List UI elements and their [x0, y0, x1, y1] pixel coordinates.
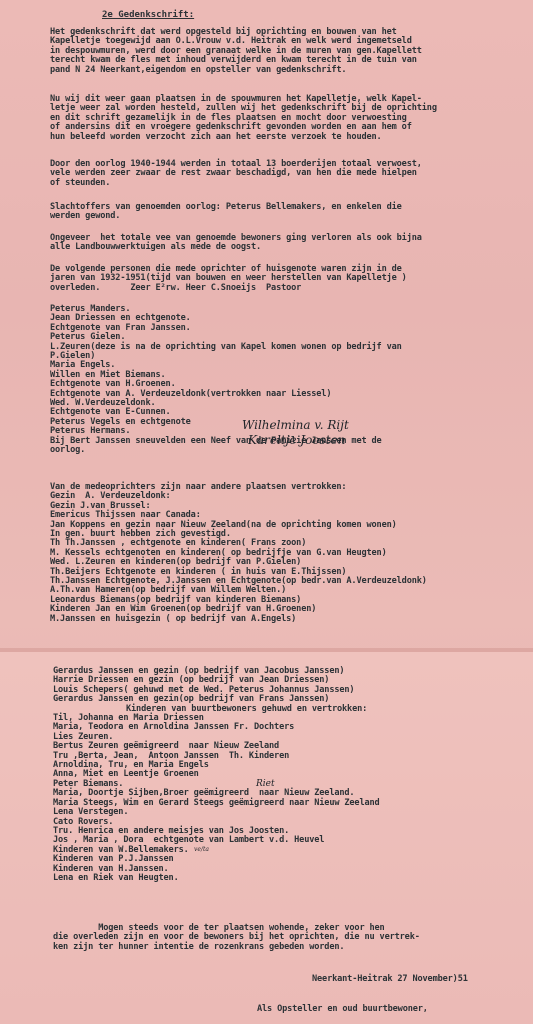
document-title: 2e Gedenkschrift: — [102, 10, 194, 20]
list-item: oorlog. — [50, 446, 402, 455]
closing-paragraph: Mogen steeds voor de ter plaatsen wohend… — [53, 924, 420, 952]
paragraph-1: Het gedenkschrift dat werd opgesteld bij… — [50, 28, 422, 75]
moved-section: Van de medeoprichters zijn naar andere p… — [50, 483, 427, 624]
paragraph-2: Nu wij dit weer gaan plaatsen in de spou… — [50, 95, 437, 142]
paragraph-4: Slachtoffers van genoemden oorlog: Peter… — [50, 203, 402, 222]
list-item: Lena en Riek van Heugten. — [53, 874, 380, 883]
handwritten-name-1: Wilhelmina v. Rijt — [242, 418, 349, 432]
handwritten-name-2: Kareltje Joosten — [248, 433, 345, 447]
text-line: alle Landbouwwerktuigen als mede de oogs… — [50, 243, 422, 252]
text-line: pand N 24 Neerkant,eigendom en opsteller… — [50, 66, 422, 75]
text-line: of steunden. — [50, 179, 422, 188]
text-line: ken zijn ter hunner intentie de rozenkra… — [53, 943, 420, 952]
document-page: 2e Gedenkschrift: Het gedenkschrift dat … — [0, 0, 533, 1024]
text-line: overleden. Zeer E²rw. Heer C.Snoeijs Pas… — [50, 284, 407, 293]
handwritten-correction-riet: Riet — [256, 779, 275, 789]
paragraph-5: Ongeveer het totale vee van genoemde bew… — [50, 234, 422, 253]
signature-line: Als Opsteller en oud buurtbewoner, — [257, 1005, 428, 1014]
handwritten-correction-dora: ve/ta — [194, 846, 209, 853]
place-date: Neerkant-Heitrak 27 November)51 — [312, 975, 468, 984]
paragraph-3: Door den oorlog 1940-1944 werden in tota… — [50, 160, 422, 188]
text-line: werden gewond. — [50, 212, 402, 221]
deceased-list: Peterus Manders. Jean Driessen en echtge… — [50, 305, 402, 456]
text-line: hun beleefd worden verzocht zich aan het… — [50, 133, 437, 142]
page2-list: Gerardus Janssen en gezin (op bedrijf va… — [53, 667, 380, 883]
paragraph-6: De volgende personen die mede oprichter … — [50, 265, 407, 293]
list-item: Bij Bert Janssen sneuvelden een Neef van… — [50, 437, 402, 446]
list-item: M.Janssen en huisgezin ( op bedrijf van … — [50, 615, 427, 624]
list-item: L.Zeuren(deze is na de oprichting van Ka… — [50, 343, 402, 352]
